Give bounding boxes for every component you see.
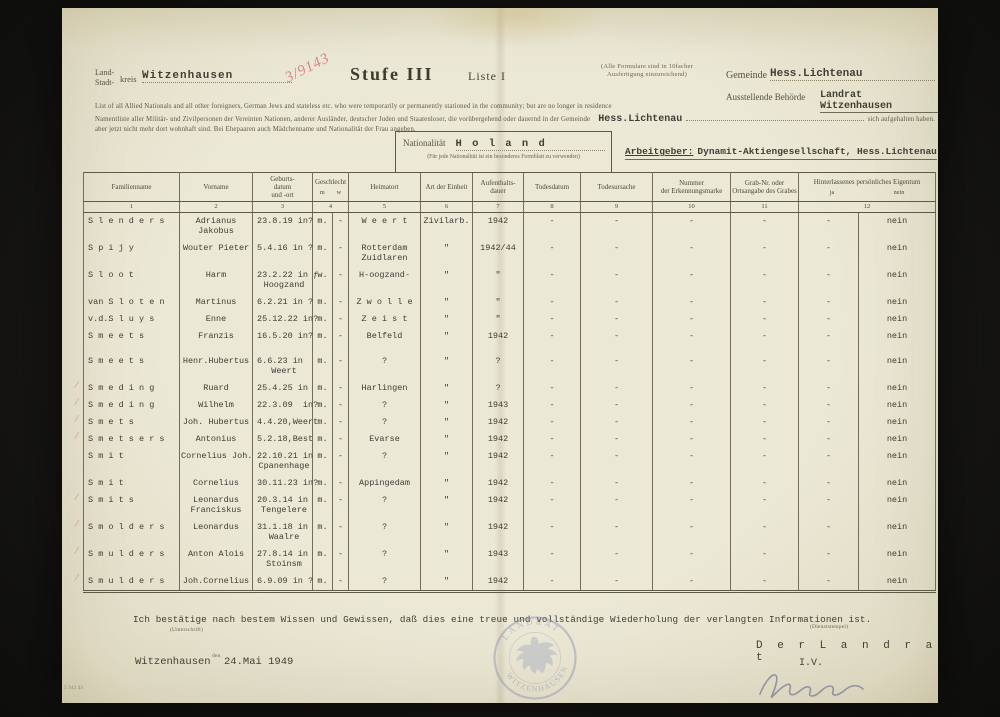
table-row: S m e d i n g/Ruard25.4.25 inm.-Harlinge…: [84, 380, 936, 397]
cell-unit-type: ": [421, 431, 473, 448]
cell-stay-duration: 1942/44: [473, 240, 524, 267]
column-number: 12: [799, 202, 936, 213]
cell-birth-date-place: 16.5.20 in?: [253, 328, 313, 345]
cell-property-nein: nein: [859, 267, 936, 294]
cell-tag-number: -: [653, 328, 731, 345]
header-numbers-row: 123456789101112: [84, 202, 936, 213]
table-row: S p i j yWouter Pieter5.4.16 in ?m.-Rott…: [84, 240, 936, 267]
cell-given-name: Anton Alois: [180, 546, 253, 573]
cell-given-name: Cornelius: [180, 475, 253, 492]
cell-unit-type: ": [421, 546, 473, 573]
column-header: Familienname: [84, 173, 180, 202]
red-tick-mark: /: [74, 492, 79, 502]
copies-note: (Alle Formulare sind in 10facher Ausfert…: [562, 63, 732, 79]
cell-stay-duration: 1942: [473, 519, 524, 546]
red-tick-mark: /: [74, 573, 79, 583]
cell-family-name: S m i t: [84, 448, 180, 475]
cell-property-nein: nein: [859, 475, 936, 492]
cell-unit-type: Zivilarb.: [421, 213, 473, 241]
intro-de-tail: sich aufgehalten haben.: [868, 116, 935, 123]
red-tick-mark: /: [74, 431, 79, 441]
cell-sex-m: m.: [313, 431, 333, 448]
cell-sex-w: -: [333, 328, 349, 345]
cell-death-cause: -: [581, 573, 653, 592]
cell-grave-location: -: [731, 267, 799, 294]
cell-death-date: -: [524, 546, 581, 573]
cell-family-name: S m e t s e r s/: [84, 431, 180, 448]
table-row: S m e t s e r s/Antonius5.2.18,Bestm.-Ev…: [84, 431, 936, 448]
nationality-box: Nationalität H o l a n d (Für jede Natio…: [395, 131, 612, 173]
cell-unit-type: ": [421, 380, 473, 397]
cell-family-name: S m i t: [84, 475, 180, 492]
subcolumn-label: ja: [830, 189, 834, 197]
stamp-hint: (Dienststempel): [810, 624, 848, 630]
cell-birth-date-place: 22.10.21 inCpanenhage: [253, 448, 313, 475]
cell-grave-location: -: [731, 213, 799, 241]
cell-property-ja: -: [799, 546, 859, 573]
cell-sex-w: -: [333, 267, 349, 294]
cell-grave-location: -: [731, 475, 799, 492]
red-tick-mark: /: [74, 397, 79, 407]
cell-death-date: -: [524, 573, 581, 592]
cell-property-nein: nein: [859, 546, 936, 573]
column-number: 10: [653, 202, 731, 213]
cell-property-nein: nein: [859, 328, 936, 345]
column-header: Nummer der Erkennungsmarke: [653, 173, 731, 202]
cell-given-name: Martinus: [180, 294, 253, 311]
cell-tag-number: -: [653, 573, 731, 592]
cell-given-name: Antonius: [180, 431, 253, 448]
cell-given-name: Harm: [180, 267, 253, 294]
cell-tag-number: -: [653, 519, 731, 546]
table-row: S m e e t sFranzis16.5.20 in?m.-Belfeld"…: [84, 328, 936, 345]
cell-sex-w: -: [333, 414, 349, 431]
date-value: 24.Mai 1949: [224, 656, 293, 668]
place-value: Witzenhausen: [135, 656, 211, 668]
cell-grave-location: -: [731, 431, 799, 448]
cell-stay-duration: 1942: [473, 448, 524, 475]
cell-home-town: Harlingen: [349, 380, 421, 397]
cell-property-nein: nein: [859, 397, 936, 414]
cell-death-cause: -: [581, 475, 653, 492]
cell-unit-type: ": [421, 475, 473, 492]
cell-given-name: AdrianusJakobus: [180, 213, 253, 241]
cell-sex-w: -: [333, 431, 349, 448]
cell-birth-date-place: 22.3.09 in?: [253, 397, 313, 414]
cell-home-town: ?: [349, 448, 421, 475]
land-label: Land-: [95, 68, 114, 77]
table-row: S m e e t sHenr.Hubertus6.6.23 inWeertm.…: [84, 353, 936, 380]
persons-table: FamiliennameVornameGeburts- datum und -o…: [83, 172, 936, 593]
nationality-value: H o l a n d: [456, 138, 606, 151]
column-number: 6: [421, 202, 473, 213]
handwritten-signature: [752, 660, 912, 702]
cell-death-date: -: [524, 431, 581, 448]
cell-sex-w: -: [333, 519, 349, 546]
cell-death-date: -: [524, 353, 581, 380]
cell-stay-duration: ": [473, 294, 524, 311]
cell-sex-m: m.: [313, 240, 333, 267]
column-header: Hinterlassenes persönliches Eigentumjane…: [799, 173, 936, 202]
cell-sex-w: -: [333, 475, 349, 492]
cell-grave-location: -: [731, 311, 799, 328]
cell-tag-number: -: [653, 448, 731, 475]
cell-death-date: -: [524, 311, 581, 328]
cell-sex-w: -: [333, 240, 349, 267]
table-row: S m e t s/Joh. Hubertus4.4.20,Weertm.-?"…: [84, 414, 936, 431]
column-header: Geburts- datum und -ort: [253, 173, 313, 202]
cell-unit-type: ": [421, 397, 473, 414]
cell-unit-type: ": [421, 448, 473, 475]
kreis-label: kreis: [120, 74, 137, 84]
cell-death-date: -: [524, 414, 581, 431]
intro-de-gemeinde-value: Hess.Lichtenau: [598, 114, 682, 125]
nationality-note: (Für jede Nationalität ist ein besondere…: [396, 154, 611, 160]
cell-property-nein: nein: [859, 294, 936, 311]
cell-tag-number: -: [653, 380, 731, 397]
dotted-fill-line: [686, 120, 863, 121]
column-header: Heimatort: [349, 173, 421, 202]
cell-tag-number: -: [653, 414, 731, 431]
cell-birth-date-place: 31.1.18 inWaalre: [253, 519, 313, 546]
cell-property-ja: -: [799, 414, 859, 431]
cell-sex-m: m.: [313, 353, 333, 380]
intro-de-text: Namentliste aller Militär- und Zivilpers…: [95, 116, 590, 123]
cell-home-town: ?: [349, 546, 421, 573]
cell-stay-duration: 1942: [473, 213, 524, 241]
cell-unit-type: ": [421, 328, 473, 345]
cell-grave-location: -: [731, 492, 799, 519]
cell-property-nein: nein: [859, 213, 936, 241]
column-header: Todesursache: [581, 173, 653, 202]
cell-sex-m: m.: [313, 448, 333, 475]
cell-tag-number: -: [653, 353, 731, 380]
cell-death-cause: -: [581, 311, 653, 328]
cell-home-town: RotterdamZuidlaren: [349, 240, 421, 267]
copies-note-line2: Ausfertigung einzureichend): [607, 71, 687, 78]
cell-grave-location: -: [731, 573, 799, 592]
column-header: Vorname: [180, 173, 253, 202]
cell-sex-w: -: [333, 294, 349, 311]
cell-grave-location: -: [731, 328, 799, 345]
cell-home-town: ?: [349, 519, 421, 546]
cell-stay-duration: 1942: [473, 573, 524, 592]
column-header: Art der Einheit: [421, 173, 473, 202]
liste-label: Liste I: [468, 69, 506, 84]
cell-death-date: -: [524, 448, 581, 475]
subcolumn-label: m: [320, 189, 325, 197]
cell-tag-number: -: [653, 294, 731, 311]
cell-birth-date-place: 23.2.22 in ƒHoogzand: [253, 267, 313, 294]
cell-birth-date-place: 20.3.14 inTengelere: [253, 492, 313, 519]
cell-death-date: -: [524, 519, 581, 546]
table-row: S m u l d e r s/Joh.Cornelius6.9.09 in ?…: [84, 573, 936, 592]
cell-family-name: S m u l d e r s/: [84, 573, 180, 592]
cell-home-town: Z w o l l e: [349, 294, 421, 311]
cell-tag-number: -: [653, 267, 731, 294]
table-row: S m o l d e r s/Leonardus31.1.18 inWaalr…: [84, 519, 936, 546]
intro-line-en: List of all Allied Nationals and all oth…: [95, 103, 612, 110]
cell-sex-m: m.: [313, 519, 333, 546]
cell-property-ja: -: [799, 475, 859, 492]
cell-death-date: -: [524, 328, 581, 345]
cell-property-nein: nein: [859, 431, 936, 448]
column-number: 3: [253, 202, 313, 213]
cell-stay-duration: ": [473, 267, 524, 294]
cell-stay-duration: 1943: [473, 397, 524, 414]
cell-sex-m: m.: [313, 294, 333, 311]
cell-family-name: v.d.S l u y s: [84, 311, 180, 328]
red-tick-mark: /: [74, 380, 79, 390]
cell-property-nein: nein: [859, 380, 936, 397]
cell-birth-date-place: 6.6.23 inWeert: [253, 353, 313, 380]
den-label: den: [212, 653, 221, 659]
cell-property-ja: -: [799, 397, 859, 414]
cell-home-town: ?: [349, 573, 421, 592]
cell-stay-duration: 1943: [473, 546, 524, 573]
cell-home-town: Z e i s t: [349, 311, 421, 328]
cell-grave-location: -: [731, 294, 799, 311]
employer-value: Dynamit-Aktiengesellschaft, Hess.Lichten…: [697, 146, 936, 157]
table-row: v.d.S l u y sEnne25.12.22 in?m.-Z e i s …: [84, 311, 936, 328]
cell-property-ja: -: [799, 240, 859, 267]
cell-stay-duration: 1942: [473, 475, 524, 492]
cell-death-cause: -: [581, 546, 653, 573]
cell-death-date: -: [524, 294, 581, 311]
cell-unit-type: ": [421, 353, 473, 380]
cell-home-town: ?: [349, 414, 421, 431]
cell-family-name: S m u l d e r s/: [84, 546, 180, 573]
cell-death-cause: -: [581, 519, 653, 546]
cell-property-ja: -: [799, 267, 859, 294]
column-number: 9: [581, 202, 653, 213]
cell-property-ja: -: [799, 573, 859, 592]
column-header: Grab-Nr. oder Ortsangabe des Grabes: [731, 173, 799, 202]
copies-note-line1: (Alle Formulare sind in 10facher: [601, 63, 693, 70]
stamp-text-top: LANDRAT: [498, 614, 564, 643]
cell-tag-number: -: [653, 431, 731, 448]
cell-tag-number: -: [653, 213, 731, 241]
cell-sex-w: -: [333, 546, 349, 573]
cell-property-nein: nein: [859, 448, 936, 475]
cell-grave-location: -: [731, 240, 799, 267]
cell-given-name: Franzis: [180, 328, 253, 345]
cell-tag-number: -: [653, 475, 731, 492]
cell-tag-number: -: [653, 546, 731, 573]
intro-line-de: Namentliste aller Militär- und Zivilpers…: [95, 114, 935, 125]
cell-sex-m: m.: [313, 380, 333, 397]
cell-death-cause: -: [581, 240, 653, 267]
cell-sex-m: m.: [313, 213, 333, 241]
cell-home-town: ?: [349, 353, 421, 380]
employer-line: Arbeitgeber: Dynamit-Aktiengesellschaft,…: [625, 141, 937, 160]
cell-tag-number: -: [653, 240, 731, 267]
signature-hint: (Unterschrift): [170, 627, 203, 633]
cell-grave-location: -: [731, 353, 799, 380]
cell-sex-w: -: [333, 397, 349, 414]
table-header: FamiliennameVornameGeburts- datum und -o…: [84, 173, 936, 213]
cell-property-ja: -: [799, 380, 859, 397]
column-header: Geschlechtmw: [313, 173, 349, 202]
column-number: 2: [180, 202, 253, 213]
cell-death-date: -: [524, 267, 581, 294]
cell-sex-m: m.: [313, 492, 333, 519]
subcolumn-label: nein: [894, 189, 905, 197]
column-number: 11: [731, 202, 799, 213]
cell-death-cause: -: [581, 492, 653, 519]
cell-birth-date-place: 6.9.09 in ?: [253, 573, 313, 592]
cell-birth-date-place: 25.4.25 in: [253, 380, 313, 397]
table-row: S l o o tHarm23.2.22 in ƒHoogzandw.-H-oo…: [84, 267, 936, 294]
table-row: S m e d i n g/Wilhelm22.3.09 in?m.-?"194…: [84, 397, 936, 414]
cell-death-cause: -: [581, 380, 653, 397]
cell-birth-date-place: 30.11.23 in?: [253, 475, 313, 492]
cell-given-name: Enne: [180, 311, 253, 328]
cell-death-cause: -: [581, 353, 653, 380]
cell-given-name: Joh. Hubertus: [180, 414, 253, 431]
cell-sex-w: -: [333, 213, 349, 241]
spacer-row: [84, 345, 936, 353]
cell-grave-location: -: [731, 546, 799, 573]
cell-death-date: -: [524, 475, 581, 492]
cell-birth-date-place: 5.2.18,Best: [253, 431, 313, 448]
cell-death-date: -: [524, 492, 581, 519]
employer-label: Arbeitgeber:: [625, 146, 693, 157]
column-header: Todesdatum: [524, 173, 581, 202]
cell-family-name: S p i j y: [84, 240, 180, 267]
form-title: Stufe III: [350, 64, 434, 85]
cell-property-ja: -: [799, 294, 859, 311]
cell-family-name: S m o l d e r s/: [84, 519, 180, 546]
document-page: 3/9143 Land- Stadt- kreis Witzenhausen S…: [62, 8, 938, 703]
intro-line-de2: aber jetzt nicht mehr dort wohnhaft sind…: [95, 126, 416, 133]
cell-death-cause: -: [581, 328, 653, 345]
cell-birth-date-place: 27.8.14 inStoinsm: [253, 546, 313, 573]
cell-property-nein: nein: [859, 492, 936, 519]
cell-stay-duration: 1942: [473, 414, 524, 431]
cell-family-name: S l e n d e r s: [84, 213, 180, 241]
table-row: S m i tCornelius30.11.23 in?m.-Appingeda…: [84, 475, 936, 492]
land-stadt-label: Land- Stadt-: [95, 68, 114, 88]
table-row: van S l o t e nMartinus6.2.21 in ?m.-Z w…: [84, 294, 936, 311]
cell-home-town: Evarse: [349, 431, 421, 448]
cell-home-town: H-oogzand-: [349, 267, 421, 294]
cell-death-cause: -: [581, 414, 653, 431]
cell-birth-date-place: 23.8.19 in?: [253, 213, 313, 241]
cell-birth-date-place: 6.2.21 in ?: [253, 294, 313, 311]
cell-death-date: -: [524, 380, 581, 397]
cell-death-cause: -: [581, 397, 653, 414]
cell-home-town: Appingedam: [349, 475, 421, 492]
cell-sex-w: -: [333, 353, 349, 380]
cell-home-town: ?: [349, 397, 421, 414]
column-number: 7: [473, 202, 524, 213]
cell-death-cause: -: [581, 448, 653, 475]
cell-family-name: van S l o t e n: [84, 294, 180, 311]
cell-given-name: Leonardus: [180, 519, 253, 546]
cell-grave-location: -: [731, 397, 799, 414]
column-number: 8: [524, 202, 581, 213]
cell-property-nein: nein: [859, 240, 936, 267]
cell-grave-location: -: [731, 380, 799, 397]
cell-tag-number: -: [653, 311, 731, 328]
cell-property-ja: -: [799, 448, 859, 475]
cell-unit-type: ": [421, 311, 473, 328]
table-row: S m u l d e r s/Anton Alois27.8.14 inSto…: [84, 546, 936, 573]
cell-home-town: W e e r t: [349, 213, 421, 241]
cell-grave-location: -: [731, 519, 799, 546]
form-print-code: 3 343 43: [64, 686, 83, 691]
cell-stay-duration: ?: [473, 380, 524, 397]
table-row: S l e n d e r sAdrianusJakobus23.8.19 in…: [84, 213, 936, 241]
cell-property-nein: nein: [859, 519, 936, 546]
column-number: 5: [349, 202, 421, 213]
cell-property-ja: -: [799, 353, 859, 380]
cell-home-town: Belfeld: [349, 328, 421, 345]
column-number: 4: [313, 202, 349, 213]
cell-given-name: Joh.Cornelius: [180, 573, 253, 592]
table-row: S m i tCornelius Joh.22.10.21 inCpanenha…: [84, 448, 936, 475]
cell-tag-number: -: [653, 492, 731, 519]
cell-stay-duration: ?: [473, 353, 524, 380]
gemeinde-value: Hess.Lichtenau: [770, 68, 935, 81]
cell-sex-w: -: [333, 573, 349, 592]
cell-sex-m: m.: [313, 573, 333, 592]
cell-stay-duration: 1942: [473, 328, 524, 345]
cell-family-name: S l o o t: [84, 267, 180, 294]
cell-family-name: S m i t s/: [84, 492, 180, 519]
cell-property-nein: nein: [859, 311, 936, 328]
cell-property-nein: nein: [859, 353, 936, 380]
cell-property-nein: nein: [859, 573, 936, 592]
cell-given-name: LeonardusFranciskus: [180, 492, 253, 519]
cell-property-ja: -: [799, 431, 859, 448]
column-number: 1: [84, 202, 180, 213]
cell-unit-type: ": [421, 414, 473, 431]
cell-death-cause: -: [581, 267, 653, 294]
cell-unit-type: ": [421, 492, 473, 519]
cell-given-name: Wilhelm: [180, 397, 253, 414]
cell-unit-type: ": [421, 240, 473, 267]
cell-sex-w: -: [333, 492, 349, 519]
cell-family-name: S m e d i n g/: [84, 380, 180, 397]
nationality-label: Nationalität: [403, 138, 446, 148]
red-tick-mark: /: [74, 519, 79, 529]
behoerde-value: Landrat Witzenhausen: [820, 90, 938, 113]
cell-grave-location: -: [731, 448, 799, 475]
cell-birth-date-place: 4.4.20,Weert: [253, 414, 313, 431]
svg-text:LANDRAT: LANDRAT: [498, 614, 564, 643]
photo-background: 3/9143 Land- Stadt- kreis Witzenhausen S…: [0, 0, 1000, 717]
cell-property-ja: -: [799, 519, 859, 546]
cell-unit-type: ": [421, 267, 473, 294]
cell-stay-duration: ": [473, 311, 524, 328]
cell-sex-w: -: [333, 311, 349, 328]
cell-property-ja: -: [799, 328, 859, 345]
cell-death-date: -: [524, 397, 581, 414]
cell-family-name: S m e t s/: [84, 414, 180, 431]
cell-death-date: -: [524, 213, 581, 241]
gemeinde-label: Gemeinde: [726, 70, 767, 81]
cell-death-cause: -: [581, 213, 653, 241]
cell-death-cause: -: [581, 431, 653, 448]
kreis-value: Witzenhausen: [142, 70, 292, 83]
cell-birth-date-place: 25.12.22 in?: [253, 311, 313, 328]
cell-sex-w: -: [333, 380, 349, 397]
table-body: S l e n d e r sAdrianusJakobus23.8.19 in…: [84, 213, 936, 592]
cell-unit-type: ": [421, 519, 473, 546]
stadt-label: Stadt-: [95, 78, 114, 87]
